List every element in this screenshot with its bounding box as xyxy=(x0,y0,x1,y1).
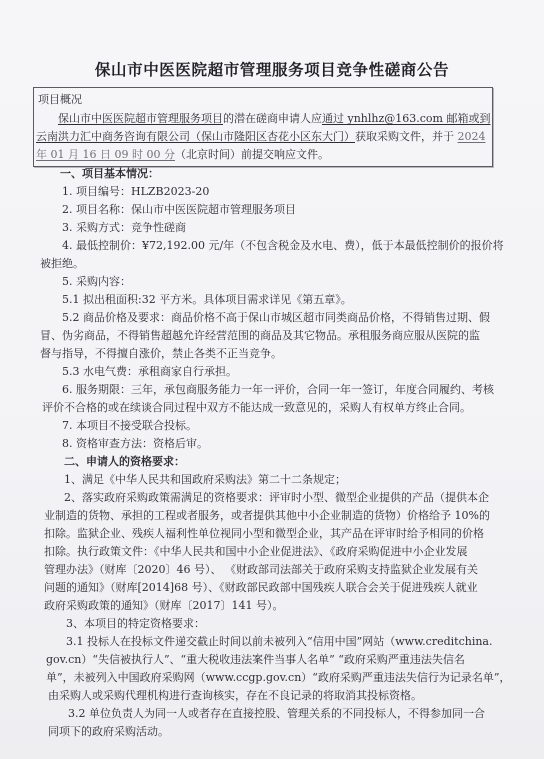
overview-line-2: 云南洪力汇中商务咨询有限公司（保山市隆阳区杏花小区东大门）获取采购文件，并于 2… xyxy=(36,130,486,144)
section-1-item: 被拒绝。 xyxy=(40,257,84,271)
section-2-item: 政府采购政策的通知》（财库〔2017〕141 号）。 xyxy=(44,599,284,613)
section-2-item: 扣除。执行政策文件：《中华人民共和国中小企业促进法》、《政府采购促进中小企业发展 xyxy=(44,545,468,559)
section-1-item: 5.1 拟出租面积:32 平方米。具体项目需求详见《第五章》。 xyxy=(62,293,352,307)
overview-line-3: 年 01 月 16 日 09 时 00 分（北京时间）前提交响应文件。 xyxy=(36,148,329,162)
document-page: 保山市中医医院超市管理服务项目竞争性磋商公告 项目概况 保山市中医医院超市管理服… xyxy=(0,0,544,759)
section-1-heading: 一、项目基本情况： xyxy=(60,167,159,181)
overview-heading: 项目概况 xyxy=(38,93,82,107)
overview-text: 获取采购文件，并于 xyxy=(355,130,454,143)
section-1-item: 5.2 商品价格及要求：商品价格不高于保山市城区超市同类商品价格，不得销售过期、… xyxy=(62,311,490,325)
section-2-item: 3、本项目的特定资格要求： xyxy=(66,617,205,631)
overview-text: （北京时间）前提交响应文件。 xyxy=(175,148,329,161)
section-1-item: 冒、伪劣商品，不得销售超越允许经营范围的商品及其它物品。承租服务商应服从医院的监 xyxy=(40,329,480,343)
overview-text: 的潜在磋商申请人应 xyxy=(223,112,322,125)
section-1-item: 2. 项目名称：保山市中医医院超市管理服务项目 xyxy=(62,203,296,217)
section-2-item: 3.2 单位负责人为同一人或者存在直接控股、管理关系的不同投标人，不得参加同一合 xyxy=(68,707,485,721)
section-1-item: 1. 项目编号：HLZB2023-20 xyxy=(62,185,209,199)
section-2-item: 2、落实政府采购政策需满足的资格要求：评审时小型、微型企业提供的产品（提供本企 xyxy=(64,491,489,505)
section-2-item: 同项下的政府采购活动。 xyxy=(48,725,169,739)
section-2-heading: 二、申请人的资格要求： xyxy=(64,455,185,469)
section-2-item: gov.cn）“失信被执行人”、“重大税收违法案件当事人名单” “政府采购严重违… xyxy=(46,653,465,667)
section-1-item: 5.3 水电气费：承租商家自行承担。 xyxy=(62,365,237,379)
section-2-item: 由采购人或采购代理机构进行查询核实，存在不良记录的将取消其投标资格。 xyxy=(48,689,422,703)
section-2-item: 业制造的货物、承担的工程或者服务，或者提供其他中小企业制造的货物）价格给予 10… xyxy=(44,509,490,523)
section-2-item: 3.1 投标人在投标文件递交截止时间以前未被列入“信用中国”网站（www.cre… xyxy=(66,635,492,649)
section-1-item: 4. 最低控制价：¥72,192.00 元/年（不包含税金及水电、费），低于本最… xyxy=(62,239,504,253)
document-title: 保山市中医医院超市管理服务项目竞争性磋商公告 xyxy=(0,58,544,80)
section-1-item: 3. 采购方式：竞争性磋商 xyxy=(62,221,186,235)
section-1-item: 8. 资格审查方法：资格后审。 xyxy=(62,437,208,451)
section-1-item: 评价不合格的或在续谈合同过程中双方不能达成一致意见的，采购人有权单方终止合同。 xyxy=(42,401,471,415)
section-1-item: 5. 采购内容： xyxy=(62,275,131,289)
agency-address: 云南洪力汇中商务咨询有限公司（保山市隆阳区杏花小区东大门） xyxy=(36,130,355,143)
deadline-time: 年 01 月 16 日 09 时 00 分 xyxy=(36,148,175,161)
section-2-item: 1、满足《中华人民共和国政府采购法》第二十二条规定； xyxy=(64,473,346,487)
section-2-item: 扣除。监狱企业、残疾人福利性单位视同小型和微型企业，其产品在评审时给予相同的价格 xyxy=(44,527,484,541)
section-2-item: 单”，未被列入中国政府采购网（www.ccgp.gov.cn）“政府采购严重违法… xyxy=(46,671,511,685)
section-1-item: 6. 服务期限：三年，承包商服务能力一年一评价，合同一年一签订，年度合同履约、考… xyxy=(62,383,494,397)
project-name-link: 保山市中医医院超市管理服务项目 xyxy=(58,112,223,125)
section-2-item: 问题的通知》（财库[2014]68 号）、《财政部民政部中国残疾人联合会关于促进… xyxy=(44,581,478,595)
overview-line-1: 保山市中医医院超市管理服务项目的潜在磋商申请人应通过 ynhlhz@163.co… xyxy=(58,112,490,126)
deadline-year: 2024 xyxy=(458,130,486,143)
section-1-item: 督与指导，不得擅自涨价，禁止各类不正当竞争。 xyxy=(40,347,282,361)
email-instruction: 通过 ynhlhz@163.com 邮箱或到 xyxy=(322,112,490,125)
section-2-item: 管理办法》（财库〔2020〕46 号）、 《财政部司法部关于政府采购支持监狱企业… xyxy=(44,563,478,577)
section-1-item: 7. 本项目不接受联合投标。 xyxy=(62,419,197,433)
